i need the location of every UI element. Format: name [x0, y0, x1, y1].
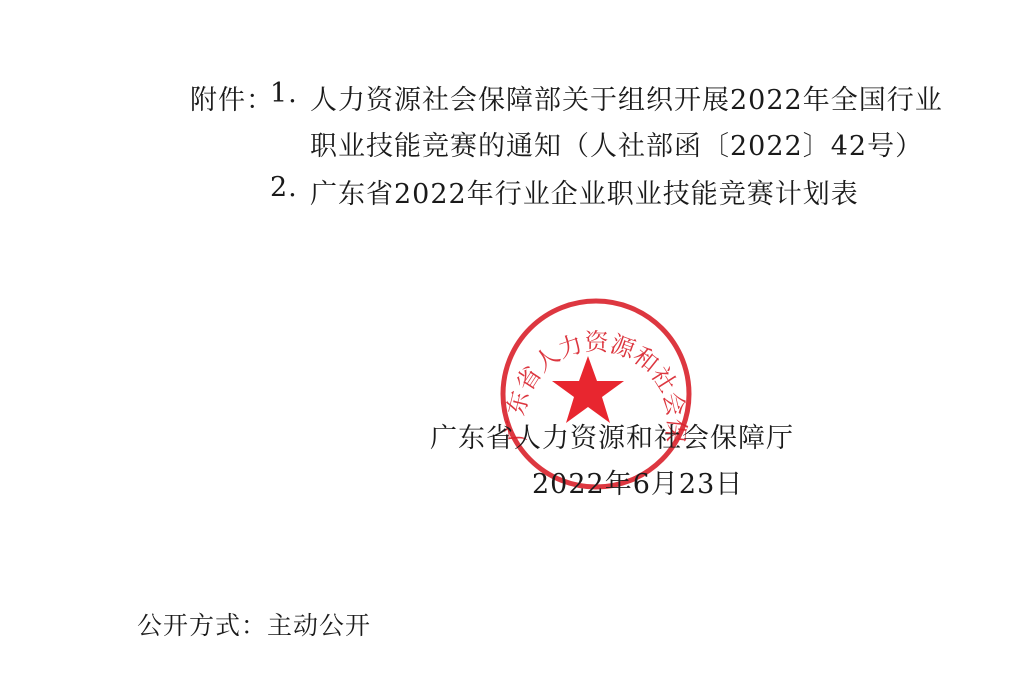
attachment-2-num: 2. [270, 172, 298, 203]
disclosure-method: 公开方式：主动公开 [137, 606, 371, 642]
attachment-1-num: 1. [270, 78, 298, 109]
signature-date: 2022年6月23日 [532, 462, 743, 501]
attachments-label: 附件： [190, 78, 274, 117]
attachment-2-line1: 广东省2022年行业企业职业技能竞赛计划表 [310, 172, 859, 211]
attachment-1-line1: 人力资源社会保障部关于组织开展2022年全国行业 [310, 78, 943, 117]
attachment-1-line2: 职业技能竞赛的通知（人社部函〔2022〕42号） [310, 124, 923, 163]
signature-org: 广东省人力资源和社会保障厅 [430, 416, 794, 455]
